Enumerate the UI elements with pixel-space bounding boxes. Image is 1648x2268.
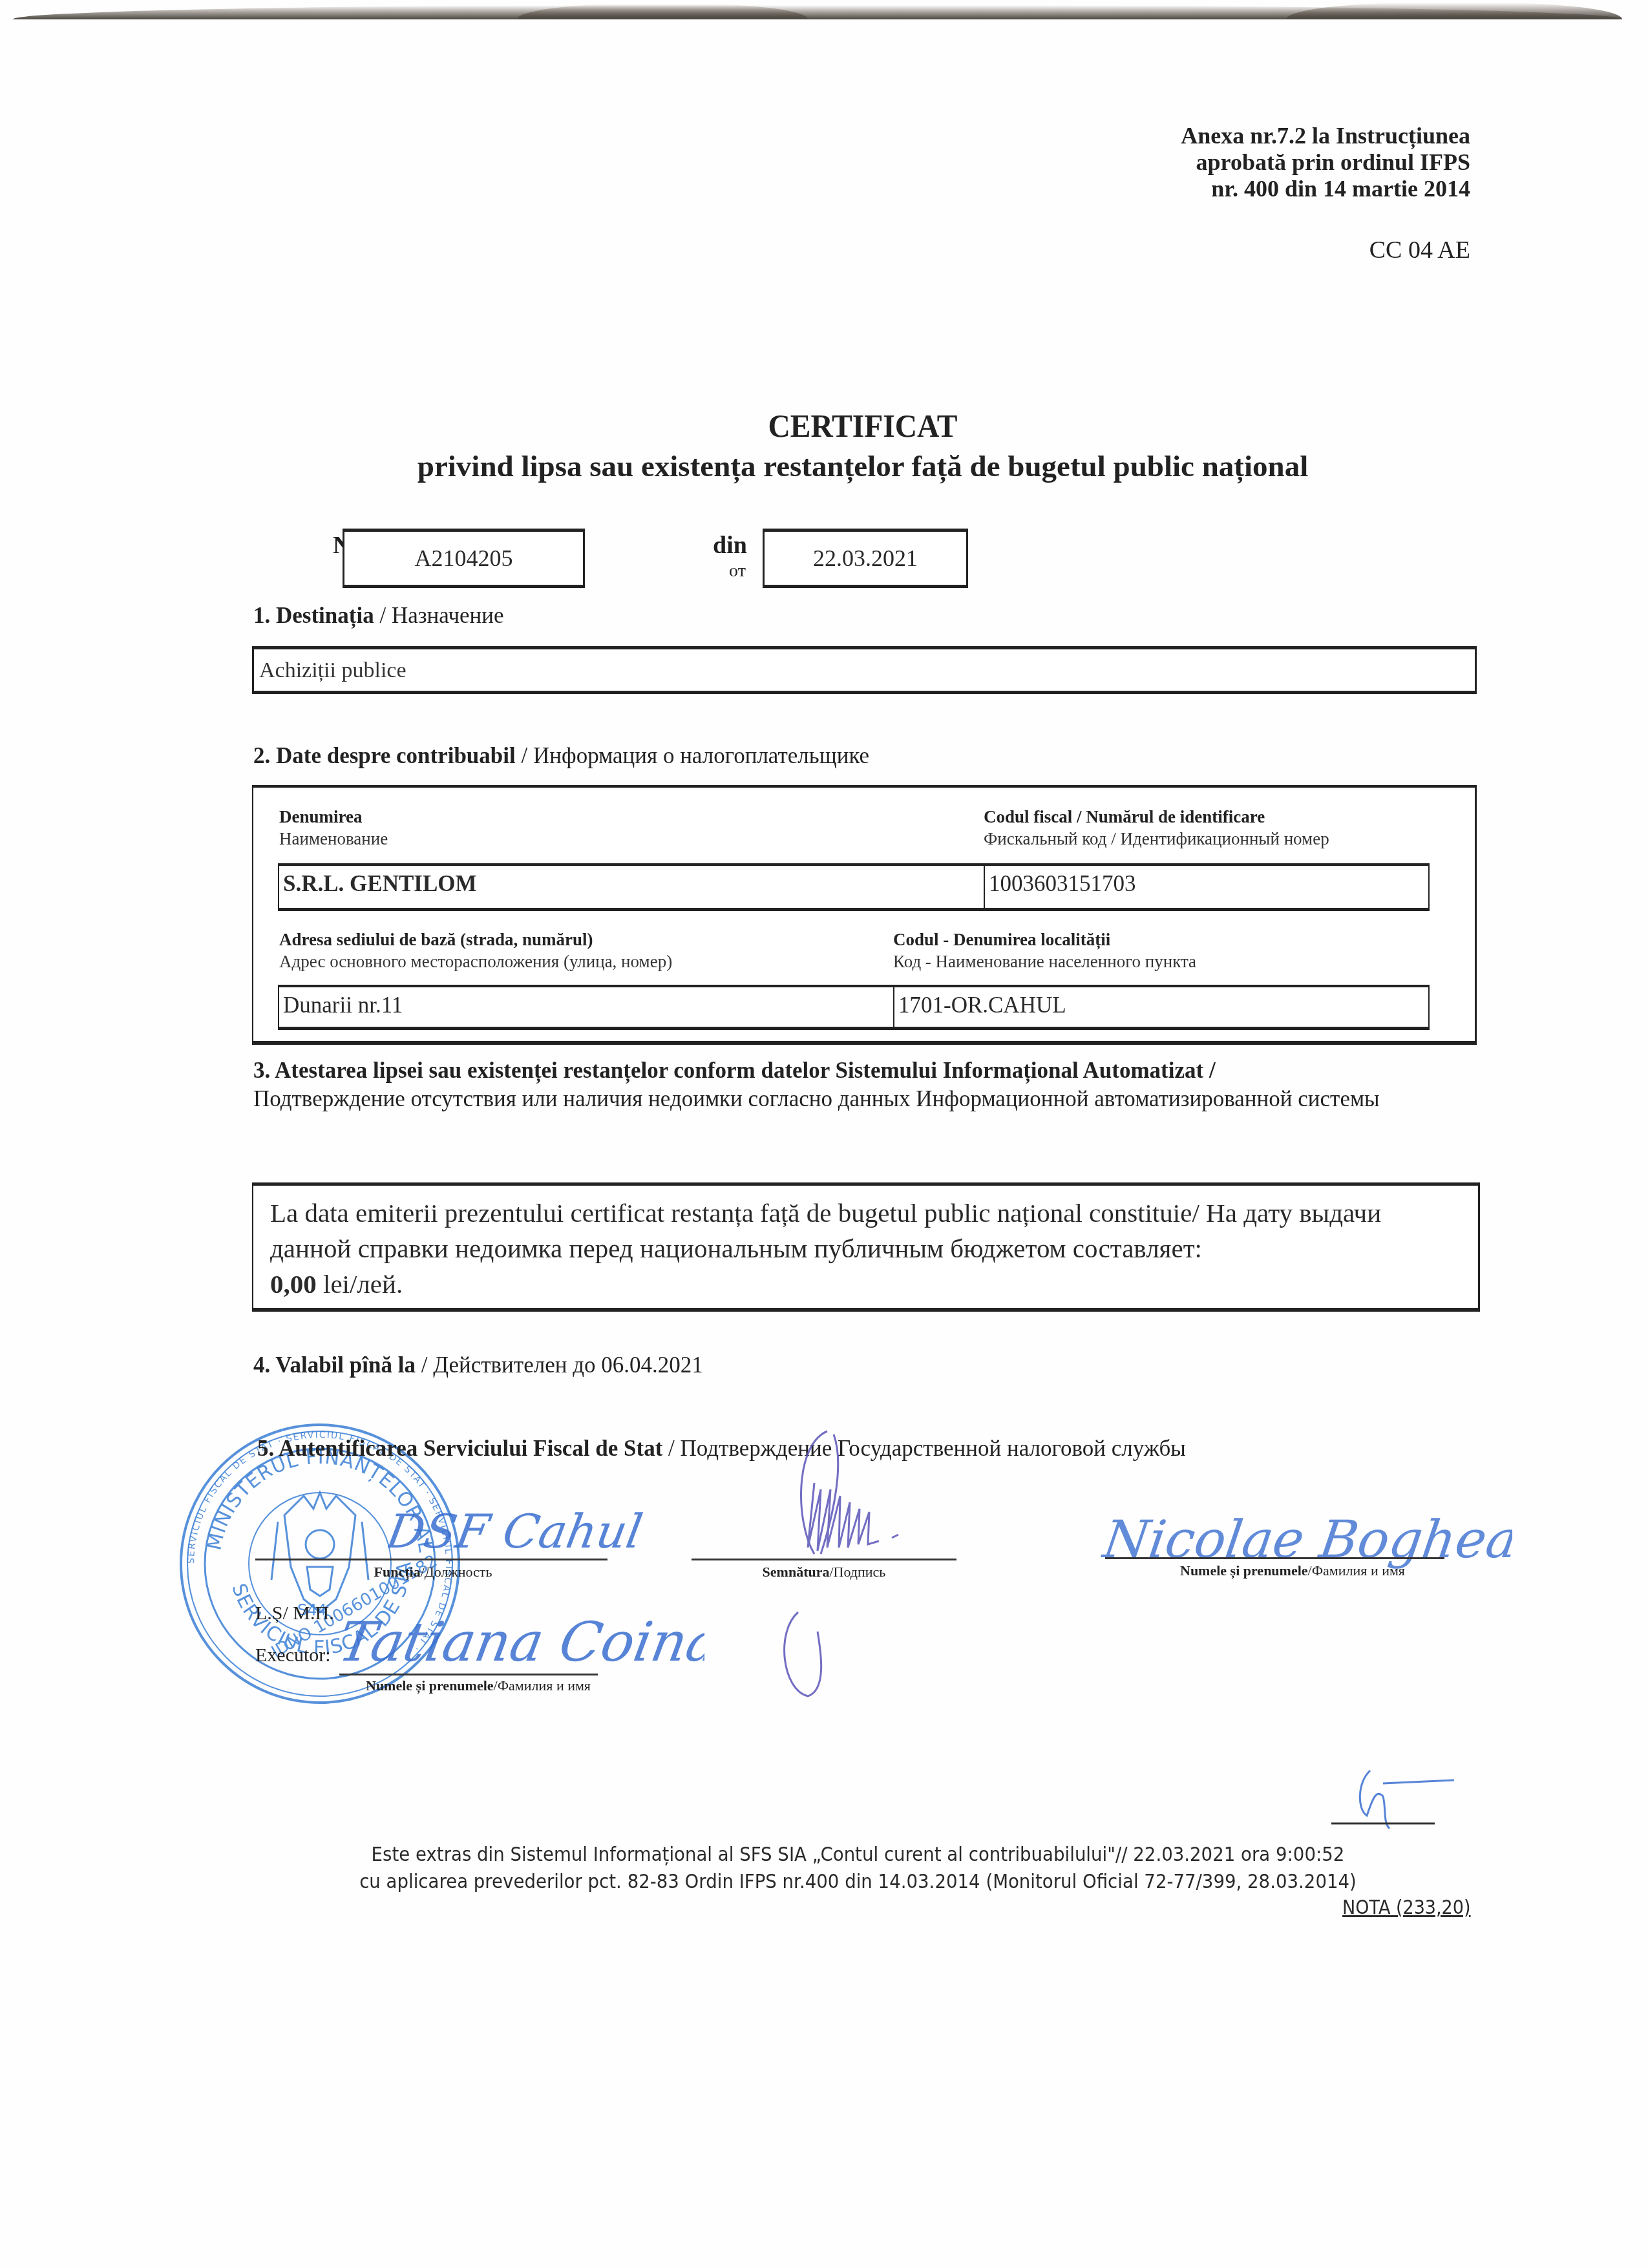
annex-line: aprobată prin ordinul IFPS — [1181, 149, 1470, 176]
name-caption: Numele și prenumele/Фамилия и имя — [1163, 1562, 1422, 1579]
section-heading-ro: 5. Autentificarea Serviciului Fiscal de … — [257, 1436, 662, 1461]
section-destination-heading: 1. Destinația / Назначение — [253, 603, 504, 629]
name-signature-line — [1105, 1557, 1444, 1559]
caption-ru: /Фамилия и имя — [494, 1677, 591, 1694]
annex-line: nr. 400 din 14 martie 2014 — [1181, 176, 1470, 202]
name-fiscal-row: S.R.L. GENTILOM 1003603151703 — [278, 863, 1430, 911]
fiscal-code: 1003603151703 — [989, 871, 1136, 897]
section-heading-ru: / Действителен до — [416, 1352, 601, 1378]
signature-scribble-icon — [737, 1418, 969, 1703]
locality-label: Codul - Denumirea localității — [893, 930, 1110, 950]
section-heading-ro: 2. Date despre contribuabil — [253, 743, 516, 768]
footer-line: Este extras din Sistemul Informațional a… — [295, 1842, 1421, 1869]
document-subtitle: privind lipsa sau existența restanțelor … — [0, 449, 1648, 484]
debt-statement-box: La data emiterii prezentului certificat … — [252, 1182, 1480, 1312]
system-extract-note: Este extras din Sistemul Informațional a… — [295, 1842, 1421, 1896]
debt-currency: lei/лей. — [317, 1269, 403, 1299]
fiscal-code-label: Codul fiscal / Numărul de identificare — [984, 807, 1265, 827]
certificate-number: A2104205 — [344, 532, 583, 585]
svg-text:DSF Cahul: DSF Cahul — [388, 1506, 646, 1559]
issue-date-field: 22.03.2021 — [763, 529, 968, 588]
svg-text:Tatiana Coina: Tatiana Coina — [343, 1610, 704, 1674]
handwritten-position-icon: DSF Cahul — [388, 1493, 646, 1564]
certificate-number-field: A2104205 — [343, 529, 585, 588]
executor-signature-line — [339, 1674, 598, 1675]
caption-ro: Numele și prenumele — [366, 1677, 494, 1694]
annex-reference: Anexa nr.7.2 la Instrucțiunea aprobată p… — [1181, 123, 1470, 202]
caption-ru: /Должность — [421, 1564, 492, 1580]
debt-statement: La data emiterii prezentului certificat … — [270, 1195, 1465, 1302]
section-heading-ru: Подтверждение отсутствия или наличия нед… — [253, 1086, 1380, 1111]
section-heading-ro: 4. Valabil pînă la — [253, 1352, 416, 1378]
caption-ro: Funcția — [374, 1564, 421, 1580]
executor-caption: Numele și prenumele/Фамилия и имя — [362, 1677, 595, 1694]
handwritten-name-icon: Nicolae Boghean — [1099, 1486, 1512, 1602]
date-label: din — [713, 531, 747, 560]
initials-mark-icon — [1331, 1758, 1499, 1842]
executor-label: Executor: — [255, 1644, 331, 1666]
nota-reference: NOTA (233,20) — [1342, 1896, 1470, 1919]
footer-line: cu aplicarea prevederilor pct. 82-83 Ord… — [295, 1869, 1421, 1896]
locality-value: 1701-OR.CAHUL — [898, 992, 1066, 1018]
debt-amount: 0,00 — [270, 1269, 317, 1299]
issue-date: 22.03.2021 — [765, 532, 966, 585]
scan-edge-shadow — [1286, 3, 1622, 19]
section-attestation-heading: 3. Atestarea lipsei sau existenței resta… — [253, 1056, 1494, 1113]
address-label-ru: Адрес основного месторасположения (улица… — [279, 952, 672, 972]
fiscal-code-label-ru: Фискальный код / Идентификационный номер — [984, 829, 1329, 849]
section-heading-ro: 1. Destinația — [253, 603, 374, 628]
name-label-ru: Наименование — [279, 829, 388, 849]
debt-statement-text: La data emiterii prezentului certificat … — [270, 1198, 1381, 1263]
handwritten-executor-icon: Tatiana Coina — [343, 1590, 704, 1686]
signature-line — [692, 1559, 956, 1560]
locality-cell: 1701-OR.CAHUL — [894, 987, 1428, 1027]
address-cell: Dunarii nr.11 — [279, 987, 894, 1027]
destination-value: Achiziții publice — [259, 658, 407, 683]
name-cell: S.R.L. GENTILOM — [279, 866, 985, 908]
caption-ru: /Подпись — [829, 1564, 885, 1580]
taxpayer-info-box: Denumirea Наименование Codul fiscal / Nu… — [252, 785, 1477, 1045]
caption-ro: Numele și prenumele — [1180, 1562, 1308, 1579]
position-signature-line — [255, 1559, 607, 1560]
svg-text:Nicolae Boghean: Nicolae Boghean — [1099, 1509, 1512, 1570]
taxpayer-name: S.R.L. GENTILOM — [283, 871, 477, 897]
section-heading-ru: / Информация о налогоплательщике — [516, 743, 869, 768]
fiscal-code-cell: 1003603151703 — [985, 866, 1428, 908]
section-validity: 4. Valabil pînă la / Действителен до 06.… — [253, 1352, 703, 1378]
annex-line: Anexa nr.7.2 la Instrucțiunea — [1181, 123, 1470, 149]
document-title: CERTIFICAT — [43, 407, 1648, 445]
section-taxpayer-heading: 2. Date despre contribuabil / Информация… — [253, 743, 869, 769]
date-label-ru: от — [729, 561, 746, 582]
caption-ro: Semnătura — [763, 1564, 830, 1580]
address-value: Dunarii nr.11 — [283, 992, 403, 1018]
address-label: Adresa sediului de bază (strada, numărul… — [279, 930, 593, 950]
locality-label-ru: Код - Наименование населенного пункта — [893, 952, 1196, 972]
section-heading-ro: 3. Atestarea lipsei sau existenței resta… — [253, 1058, 1216, 1083]
section-heading-ru: / Назначение — [374, 603, 504, 628]
position-caption: Funcția/Должность — [368, 1564, 498, 1580]
signature-caption: Semnătura/Подпись — [743, 1564, 905, 1580]
name-label: Denumirea — [279, 807, 363, 827]
form-code: CC 04 AE — [1369, 236, 1470, 264]
address-locality-row: Dunarii nr.11 1701-OR.CAHUL — [278, 985, 1430, 1030]
caption-ru: /Фамилия и имя — [1308, 1562, 1405, 1579]
destination-field: Achiziții publice — [252, 646, 1477, 694]
seal-label: L.Ș/ М.П. — [255, 1602, 334, 1624]
section-authentication-heading: 5. Autentificarea Serviciului Fiscal de … — [257, 1436, 1186, 1462]
valid-until-date: 06.04.2021 — [601, 1352, 703, 1378]
